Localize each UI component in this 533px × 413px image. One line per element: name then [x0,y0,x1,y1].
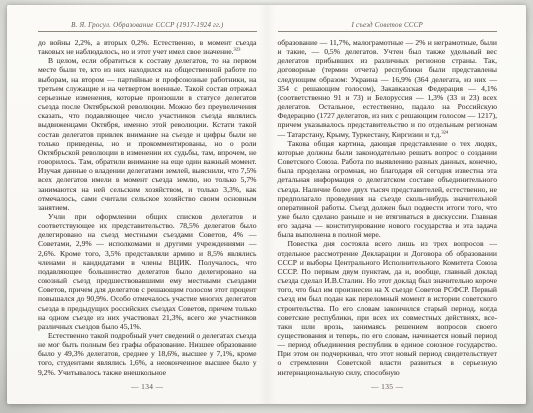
paragraph: Учли при оформлении общих списков делега… [38,212,257,331]
right-page: I съезд Советов СССР образование — 11,7%… [267,5,527,404]
right-body-text: образование — 11,7%, малограмотные — 2% … [278,38,498,377]
right-running-header: I съезд Советов СССР [278,21,498,32]
paragraph: В целом, если обратиться к составу делег… [38,56,257,212]
left-running-header: В. Я. Гросул. Образование СССР (1917-192… [38,21,257,32]
left-body-text: до войны 2,2%, а вторых 0,2%. Естественн… [38,38,257,377]
book-spread: В. Я. Гросул. Образование СССР (1917-192… [7,5,526,404]
footnote-marker: 323 [234,47,241,52]
book-photo: В. Я. Гросул. Образование СССР (1917-192… [0,0,533,413]
right-page-number: — 135 — [267,382,527,391]
footnote-marker: 324 [441,129,448,134]
paragraph: Повестка дня состояла всего лишь из трех… [278,239,498,376]
paragraph: до войны 2,2%, а вторых 0,2%. Естественн… [38,38,257,56]
left-page-number: — 134 — [7,382,267,391]
paragraph: Естественно такой подробный учет сведени… [38,331,257,377]
paragraph: образование — 11,7%, малограмотные — 2% … [278,38,498,139]
paragraph: Такова общая картина, дающая представлен… [278,139,498,240]
left-page: В. Я. Гросул. Образование СССР (1917-192… [7,5,267,404]
